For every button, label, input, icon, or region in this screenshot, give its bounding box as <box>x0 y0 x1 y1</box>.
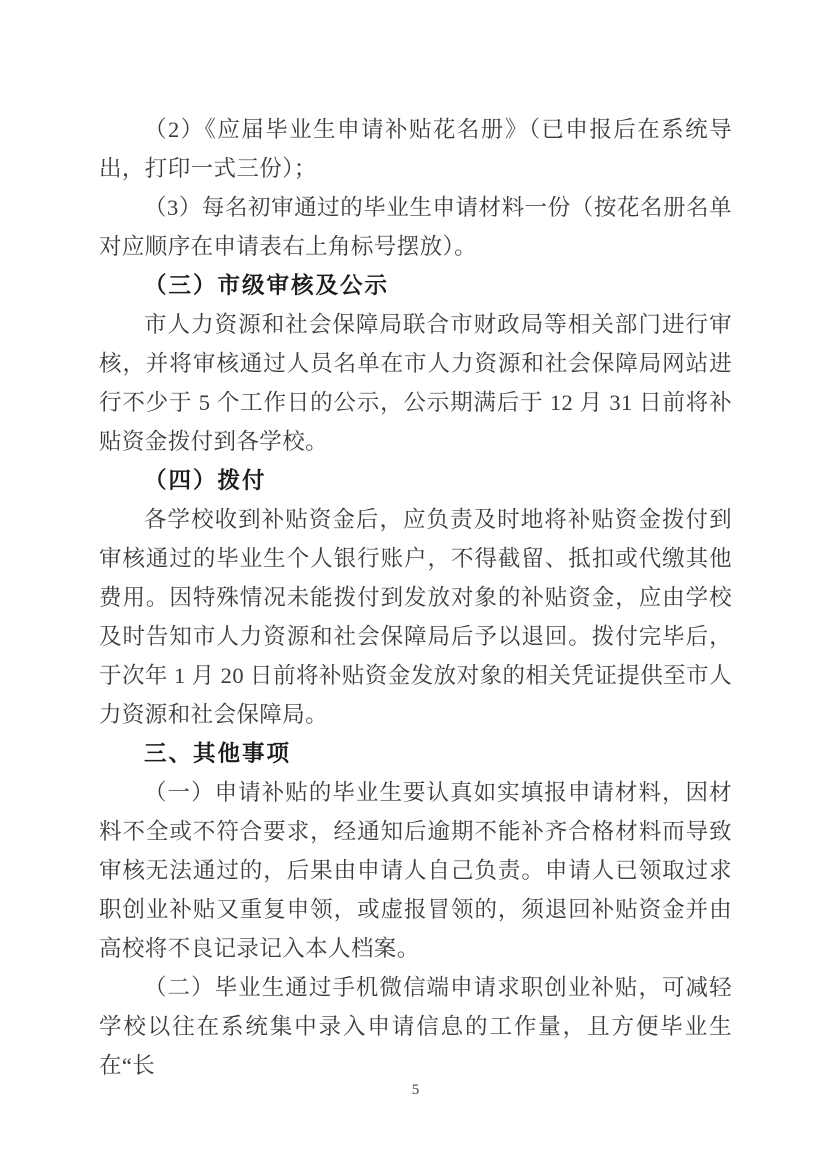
paragraph-disbursement-body: 各学校收到补贴资金后，应负责及时地将补贴资金拨付到审核通过的毕业生个人银行账户，… <box>99 500 732 734</box>
paragraph-other-matters-1: （一）申请补贴的毕业生要认真如实填报申请材料，因材料不全或不符合要求，经通知后逾… <box>99 773 732 968</box>
document-body: （2）《应届毕业生申请补贴花名册》（已申报后在系统导出，打印一式三份）； （3）… <box>99 110 732 1085</box>
paragraph-item-2-roster: （2）《应届毕业生申请补贴花名册》（已申报后在系统导出，打印一式三份）； <box>99 110 732 188</box>
paragraph-city-review-body: 市人力资源和社会保障局联合市财政局等相关部门进行审核，并将审核通过人员名单在市人… <box>99 305 732 461</box>
section-heading-city-review: （三）市级审核及公示 <box>99 266 732 305</box>
paragraph-other-matters-2: （二）毕业生通过手机微信端申请求职创业补贴，可减轻学校以往在系统集中录入申请信息… <box>99 968 732 1085</box>
section-heading-disbursement: （四）拨付 <box>99 461 732 500</box>
page-number: 5 <box>99 1080 732 1100</box>
section-heading-other-matters: 三、其他事项 <box>99 734 732 773</box>
paragraph-item-3-materials: （3）每名初审通过的毕业生申请材料一份（按花名册名单对应顺序在申请表右上角标号摆… <box>99 188 732 266</box>
document-page: （2）《应届毕业生申请补贴花名册》（已申报后在系统导出，打印一式三份）； （3）… <box>0 0 827 1169</box>
